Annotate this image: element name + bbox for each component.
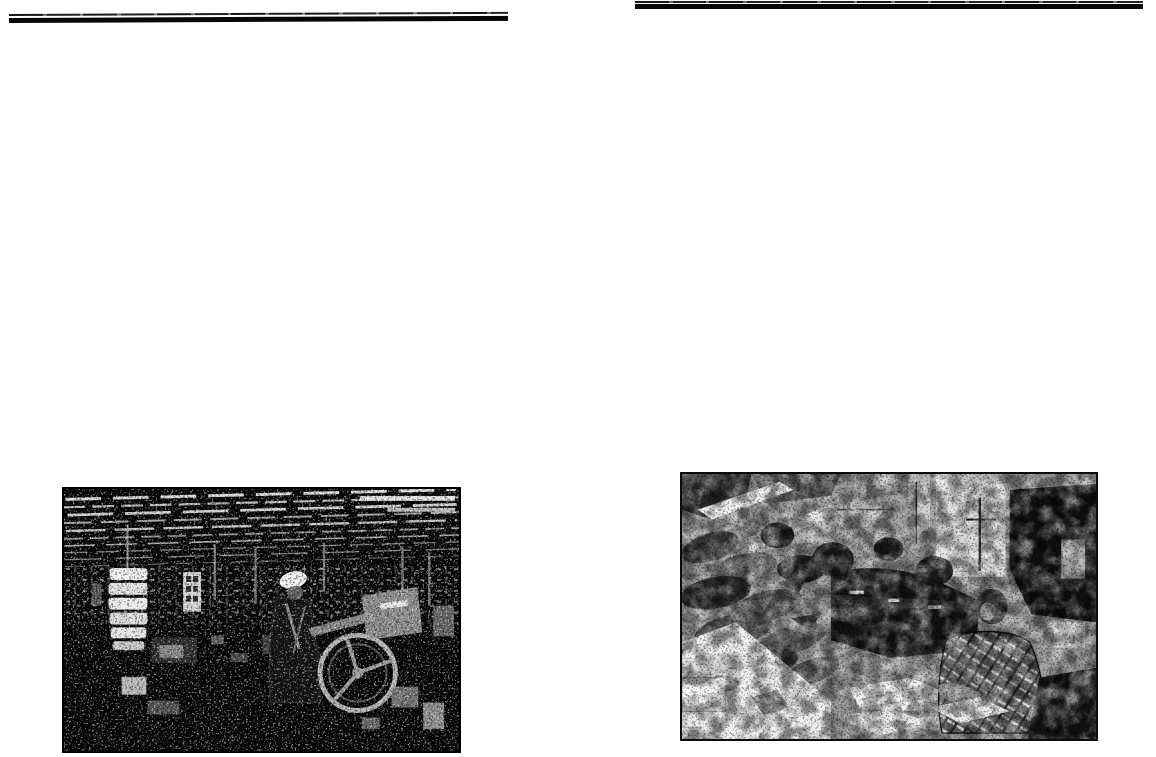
right-page-header-rule	[635, 1, 1143, 9]
left-rule-thick-line	[9, 16, 508, 23]
factory-floor-illustration	[64, 489, 459, 751]
right-page-photo-garment-workshop	[680, 472, 1098, 741]
scanned-book-spread	[0, 0, 1156, 757]
garment-workshop-illustration	[682, 474, 1096, 739]
left-page-header-rule	[9, 12, 508, 23]
right-rule-thick-line	[635, 4, 1143, 9]
left-page-photo-factory-floor	[62, 487, 461, 753]
